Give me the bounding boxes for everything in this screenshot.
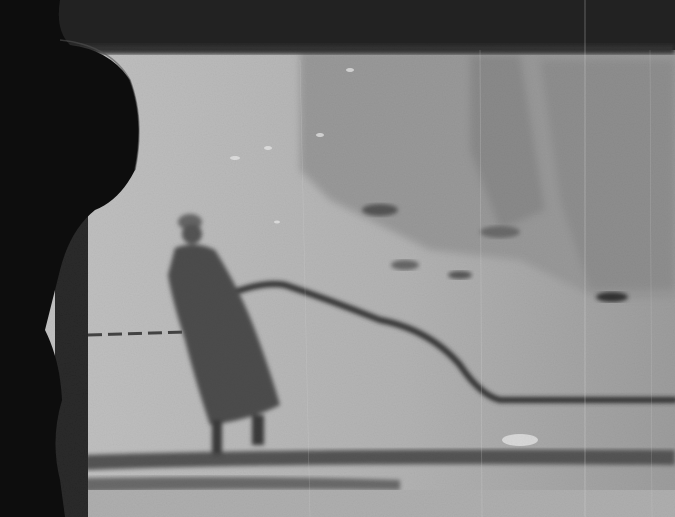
ground-foreground [85,490,675,517]
scene-illustration [0,0,675,517]
rock [391,260,419,270]
rock [480,226,520,238]
top-dark-band [0,0,675,50]
rock [362,204,398,216]
head [182,224,202,244]
leg [212,420,222,455]
rock [596,292,628,302]
leg [252,415,264,445]
film-still [0,0,675,517]
rock [448,271,472,279]
